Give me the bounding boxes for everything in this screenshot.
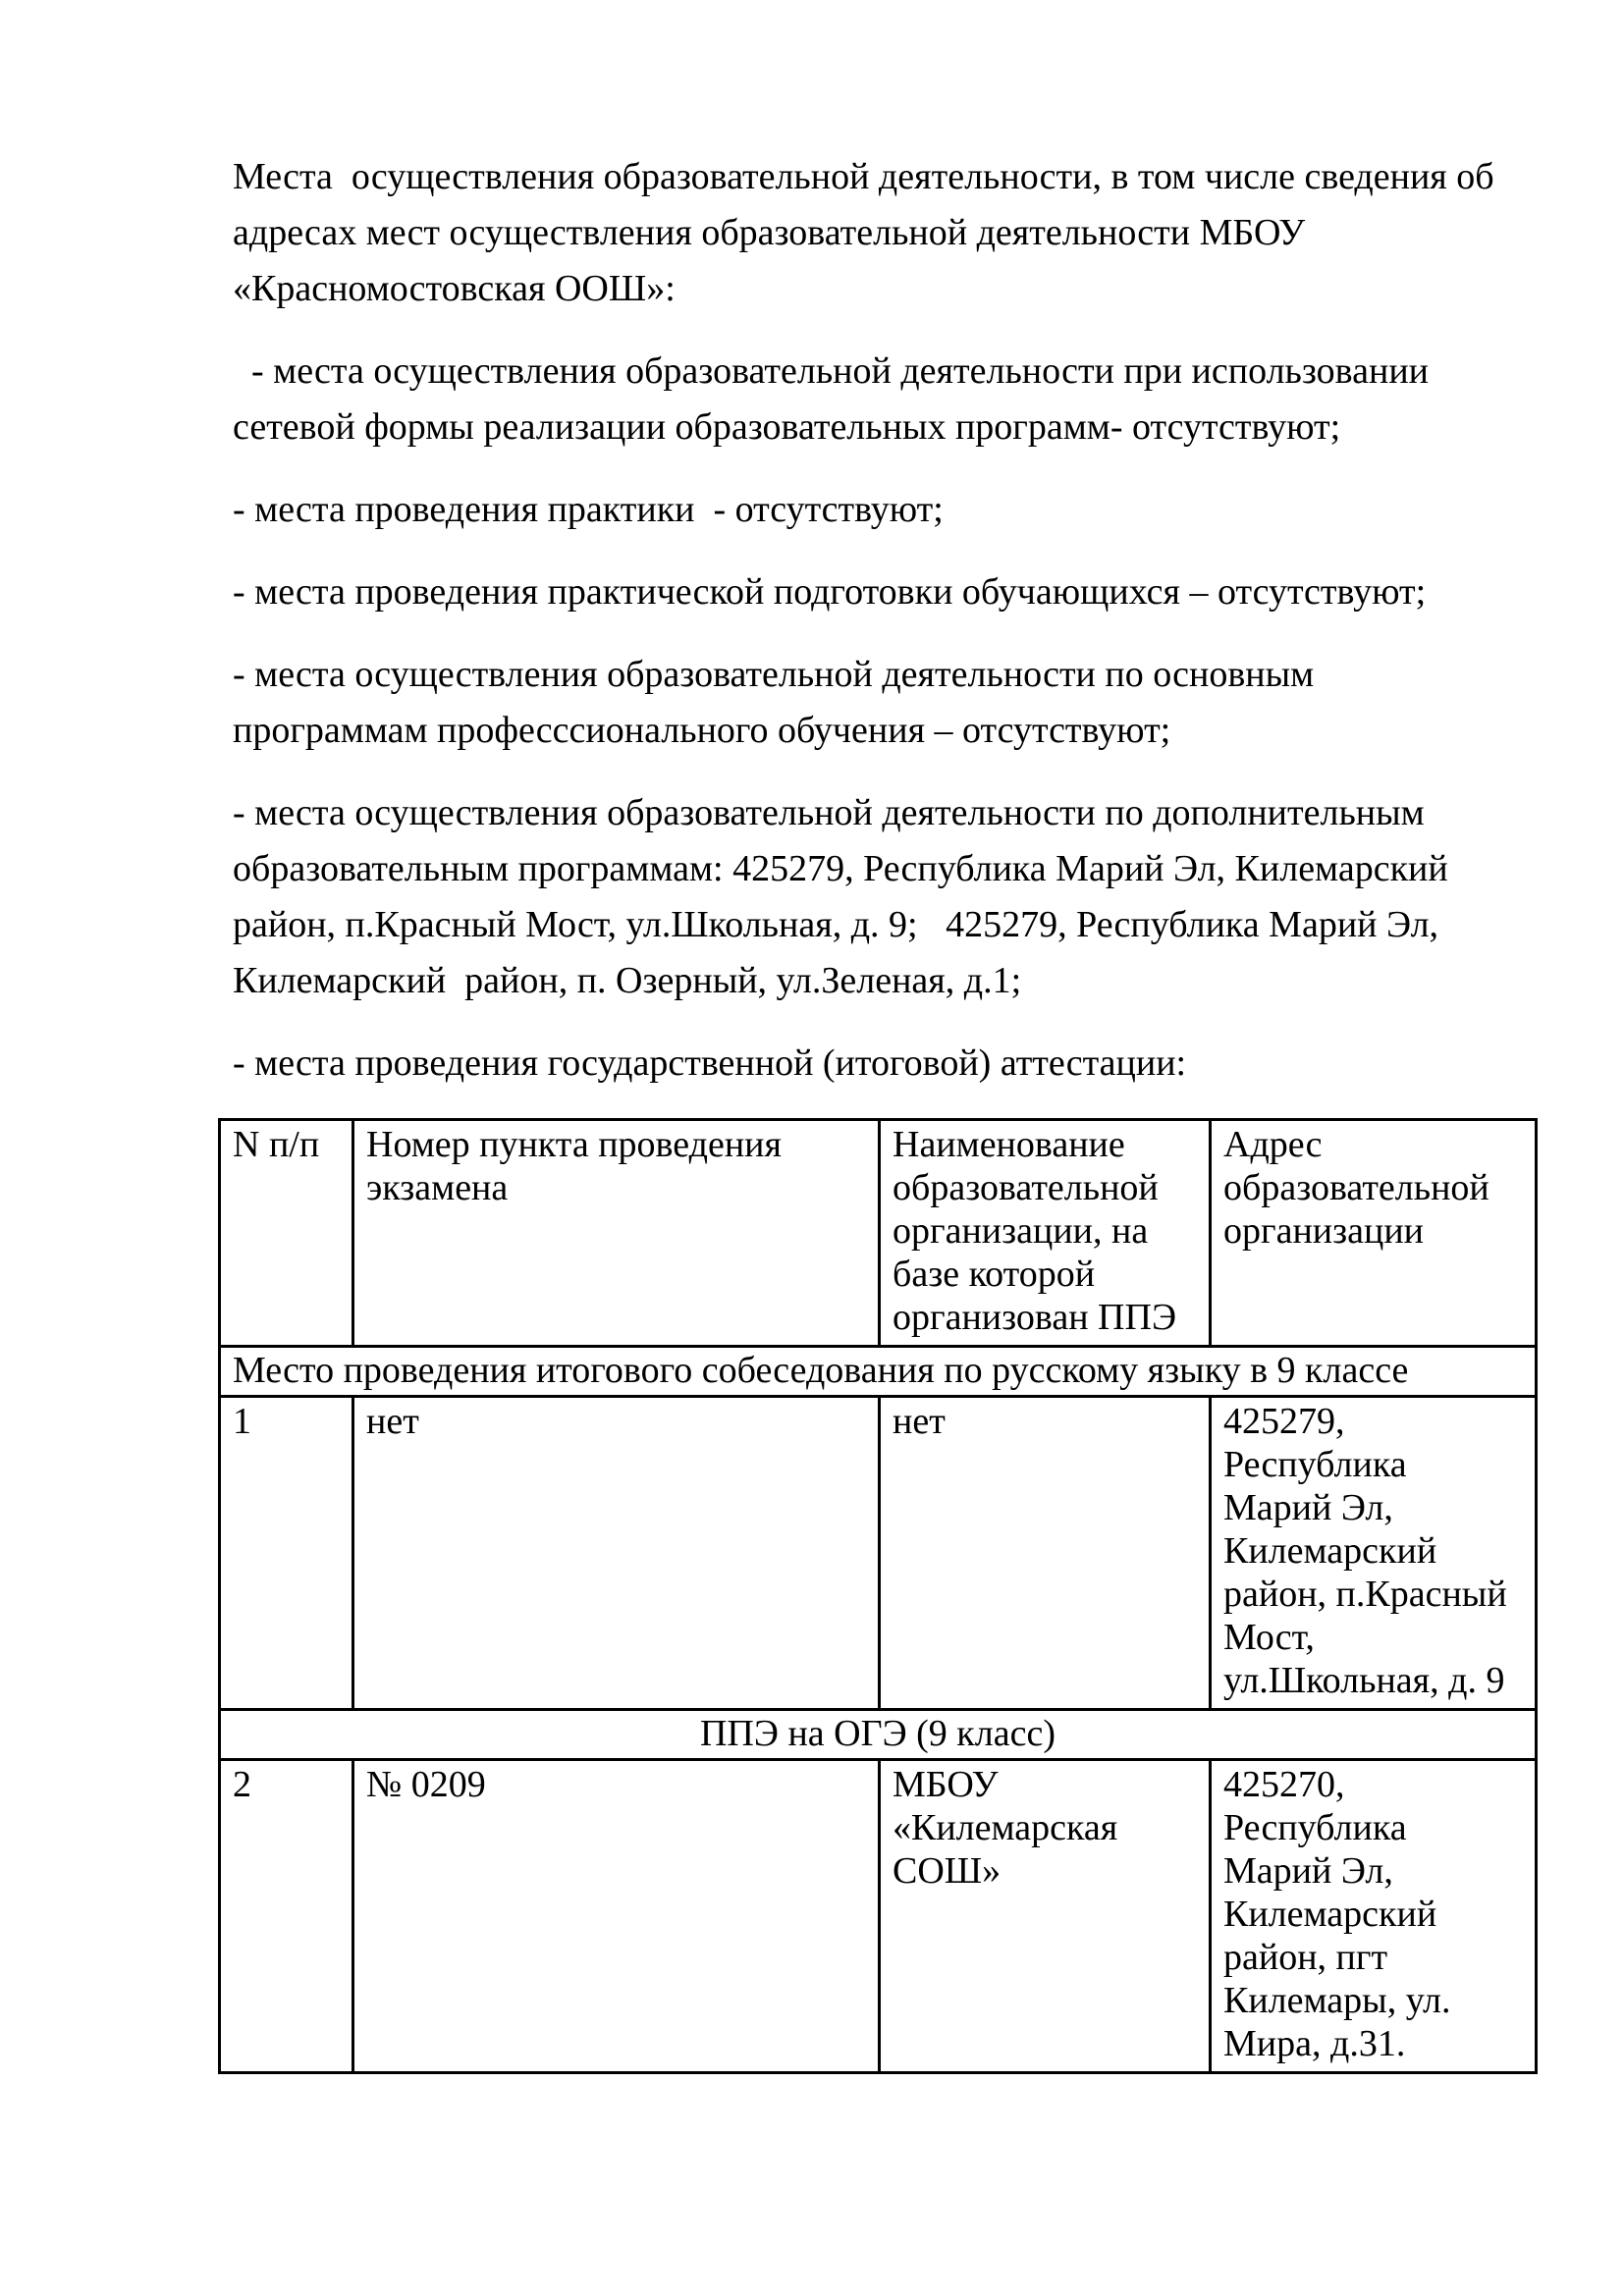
document-page: Места осуществления образовательной деят… [233,149,1539,2074]
cell-exam-point: нет [353,1397,880,1710]
table-header-row: N п/п Номер пункта проведения экзамена Н… [220,1120,1537,1347]
cell-organization: нет [880,1397,1211,1710]
section-title-oge: ППЭ на ОГЭ (9 класс) [220,1710,1537,1760]
table-row: 1 нет нет 425279, Республика Марий Эл, К… [220,1397,1537,1710]
document-text-block: Места осуществления образовательной деят… [233,149,1499,1092]
paragraph-practical-training: - места проведения практической подготов… [233,564,1499,620]
section-title-row-interview: Место проведения итогового собеседования… [220,1347,1537,1397]
header-cell-address: Адрес образовательной организации [1211,1120,1537,1347]
cell-exam-point: № 0209 [353,1760,880,2073]
header-cell-number: N п/п [220,1120,353,1347]
cell-address: 425270, Республика Марий Эл, Килемарский… [1211,1760,1537,2073]
exam-locations-table: N п/п Номер пункта проведения экзамена Н… [218,1118,1538,2074]
paragraph-professional-programs: - места осуществления образовательной де… [233,647,1499,759]
paragraph-practice: - места проведения практики - отсутствую… [233,482,1499,538]
section-title-row-oge: ППЭ на ОГЭ (9 класс) [220,1710,1537,1760]
cell-row-number: 1 [220,1397,353,1710]
section-title-interview: Место проведения итогового собеседования… [220,1347,1537,1397]
paragraph-intro: Места осуществления образовательной деят… [233,149,1499,317]
cell-address: 425279, Республика Марий Эл, Килемарский… [1211,1397,1537,1710]
header-cell-exam-point: Номер пункта проведения экзамена [353,1120,880,1347]
cell-row-number: 2 [220,1760,353,2073]
paragraph-state-attestation: - места проведения государственной (итог… [233,1036,1499,1092]
paragraph-network-form: - места осуществления образовательной де… [233,344,1499,455]
table-row: 2 № 0209 МБОУ «Килемарская СОШ» 425270, … [220,1760,1537,2073]
header-cell-organization: Наименование образовательной организации… [880,1120,1211,1347]
paragraph-additional-programs: - места осуществления образовательной де… [233,785,1499,1009]
cell-organization: МБОУ «Килемарская СОШ» [880,1760,1211,2073]
